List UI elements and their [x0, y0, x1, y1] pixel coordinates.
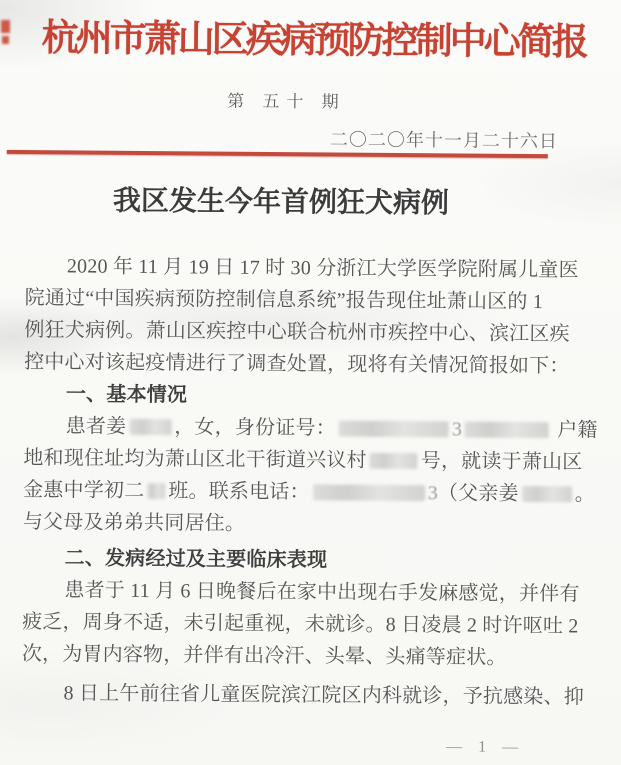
- bulletin-page: 杭州市萧山区疾病预防控制中心简报 第 五十 期 二〇二〇年十一月二十六日 我区发…: [0, 0, 621, 765]
- body-text: 患者姜: [66, 415, 127, 437]
- issue-date: 二〇二〇年十一月二十六日: [330, 125, 558, 153]
- body-text: 例狂犬病例。萧山区疾控中心联合杭州市疾控中心、滨江区疾: [24, 319, 570, 345]
- body-text: 户籍: [552, 419, 598, 441]
- body-line: 患者姜，女，身份证号：3 户籍: [24, 410, 590, 446]
- redacted-text: [313, 484, 425, 501]
- body-text: 二、发病经过及主要临床表现: [65, 547, 328, 571]
- body-text: ，女，身份证号：: [174, 416, 336, 439]
- body-line: 金惠中学初二班。联系电话：3（父亲姜。: [23, 474, 589, 510]
- body-line: 控中心对该起疫情进行了调查处置，现将有关情况简报如下：: [24, 346, 590, 382]
- scanned-sheet: 杭州市萧山区疾病预防控制中心简报 第 五十 期 二〇二〇年十一月二十六日 我区发…: [0, 0, 621, 765]
- body-line: 疲乏，周身不适，未引起重视，未就诊。8 日凌晨 2 时许呕吐 2: [22, 606, 588, 642]
- redacted-text: [339, 421, 449, 438]
- body-text: 一、基本情况: [66, 383, 187, 406]
- redacted-text: [522, 486, 572, 502]
- masthead-title: 杭州市萧山区疾病预防控制中心简报: [42, 7, 602, 65]
- redacted-text: [147, 483, 165, 499]
- body-text: 金惠中学初二: [23, 479, 144, 502]
- body-text: 次，为胃内容物，并伴有出冷汗、头晕、头痛等症状。: [22, 643, 507, 669]
- body-text: 8 日上午前往省儿童医院滨江院区内科就诊，予抗感染、抑: [63, 682, 584, 708]
- body-text: （父亲姜: [438, 482, 519, 505]
- scan-edge-artifact: [2, 36, 9, 44]
- body-text: 控中心对该起疫情进行了调查处置，现将有关情况简报如下：: [24, 351, 570, 377]
- body-line: 例狂犬病例。萧山区疾控中心联合杭州市疾控中心、滨江区疾: [24, 314, 590, 350]
- body-line: 患者于 11 月 6 日晚餐后在家中出现右手发麻感觉，并伴有: [22, 574, 588, 610]
- body-text: 班。联系电话：: [168, 480, 310, 503]
- article-title: 我区发生今年首例狂犬病例: [0, 178, 564, 222]
- redaction-leaked-char: 3: [428, 482, 438, 504]
- body-line: 一、基本情况: [24, 378, 590, 414]
- body-text: 患者于 11 月 6 日晚餐后在家中出现右手发麻感觉，并伴有: [64, 579, 579, 605]
- body-line: 二、发病经过及主要临床表现: [22, 542, 588, 578]
- scan-edge-artifact: [1, 20, 10, 33]
- issue-number: 第 五十 期: [227, 87, 346, 113]
- body-line: 次，为胃内容物，并伴有出冷汗、头晕、头痛等症状。: [22, 638, 588, 674]
- body-line: 院通过“中国疾病预防控制信息系统”报告现住址萧山区的 1: [25, 282, 591, 318]
- article-body: 2020 年 11 月 19 日 17 时 30 分浙江大学医学院附属儿童医院通…: [21, 250, 591, 713]
- page-number: — 1 —: [446, 738, 524, 757]
- body-text: 。: [575, 483, 595, 505]
- body-text: 院通过“中国疾病预防控制信息系统”报告现住址萧山区的 1: [25, 287, 544, 313]
- body-text: 与父母及弟弟共同居住。: [23, 511, 245, 535]
- redaction-leaked-char: 3: [452, 418, 462, 440]
- body-text: 疲乏，周身不适，未引起重视，未就诊。8 日凌晨 2 时许呕吐 2: [22, 611, 579, 637]
- body-text: 2020 年 11 月 19 日 17 时 30 分浙江大学医学院附属儿童医: [67, 255, 579, 281]
- body-line: 8 日上午前往省儿童医院滨江院区内科就诊，予抗感染、抑: [21, 677, 587, 713]
- body-text: 地和现住址均为萧山区北干街道兴议村: [23, 447, 367, 472]
- redacted-text: [465, 422, 549, 439]
- body-text: 号，就读于萧山区: [421, 450, 583, 473]
- redacted-text: [370, 453, 418, 469]
- body-line: 2020 年 11 月 19 日 17 时 30 分浙江大学医学院附属儿童医: [25, 250, 591, 286]
- body-line: 与父母及弟弟共同居住。: [23, 506, 589, 542]
- redacted-text: [129, 419, 171, 435]
- body-line: 地和现住址均为萧山区北干街道兴议村号，就读于萧山区: [23, 442, 589, 478]
